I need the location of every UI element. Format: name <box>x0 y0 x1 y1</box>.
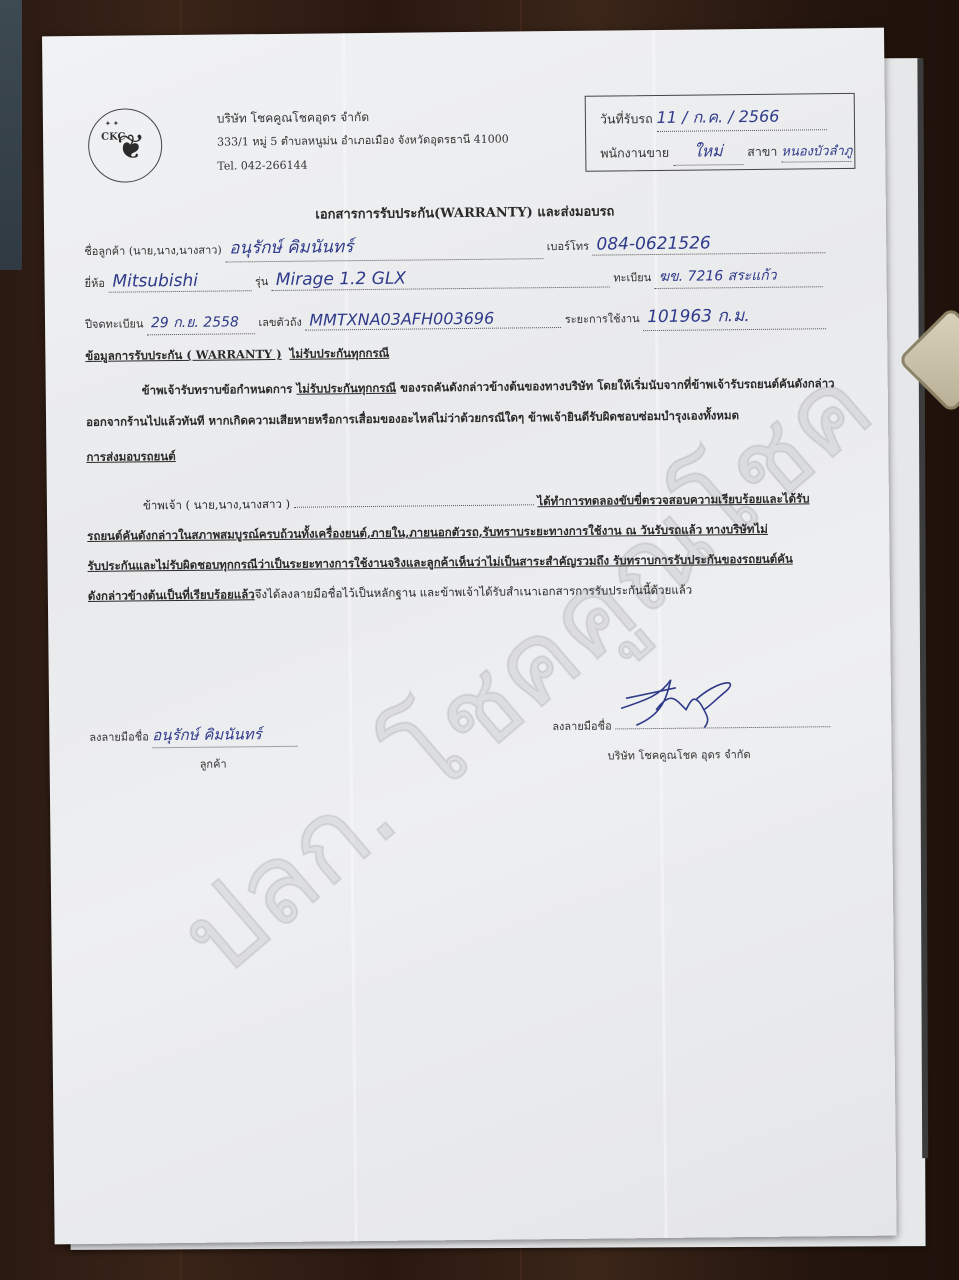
receipt-date-value: 11 / ก.ค. / 2566 <box>657 104 827 132</box>
chassis-value: MMTXNA03AFH003696 <box>305 308 561 331</box>
plate-value: ฆข. 7216 สระแก้ว <box>655 264 823 289</box>
mileage-label: ระยะการใช้งาน <box>565 312 640 326</box>
branch-label: สาขา <box>747 144 777 159</box>
salesperson-row: พนักงานขาย ใหม่ สาขา หนองบัวลำภู <box>600 138 851 167</box>
delivery-line1-pre: ข้าพเจ้า ( นาย,นาง,นางสาว ) <box>143 497 290 513</box>
customer-name-row: ชื่อลูกค้า (นาย,นาง,นางสาว) อนุรักษ์ คิม… <box>84 228 846 264</box>
company-signature-icon <box>616 669 747 730</box>
customer-name-label: ชื่อลูกค้า (นาย,นาง,นางสาว) <box>84 244 222 258</box>
branch-value: หนองบัวลำภู <box>781 140 851 163</box>
warranty-document: ปลก. โชคคูณโชค ✦ ✦ CKC ❦ บริษัท โชคคูณโช… <box>42 28 897 1245</box>
warranty-para-pre: ข้าพเจ้ารับทราบข้อกำหนดการ <box>142 382 293 398</box>
background-fabric <box>0 0 22 270</box>
plate-label: ทะเบียน <box>613 271 651 284</box>
chassis-label: เลขตัวถัง <box>258 316 302 329</box>
delivery-line4-underlined: ดังกล่าวข้างต้นเป็นที่เรียบร้อยแล้ว <box>88 587 255 603</box>
company-signature-label: ลงลายมือชื่อ <box>552 719 612 733</box>
company-address: 333/1 หมู่ 5 ตำบลหนูม่น อำเภอเมือง จังหว… <box>217 134 509 148</box>
warranty-heading: ข้อมูลการรับประกัน ( WARRANTY ) ไม่รับปร… <box>85 345 389 366</box>
warranty-para-underlined: ไม่รับประกันทุกกรณี <box>296 381 396 396</box>
brand-value: Mitsubishi <box>108 270 251 292</box>
company-info: บริษัท โชคคูณโชคอุดร จำกัด 333/1 หมู่ 5 … <box>217 110 509 172</box>
delivery-paragraph: ข้าพเจ้า ( นาย,นาง,นางสาว ) ได้ทำการทดลอ… <box>87 483 852 611</box>
salesperson-value: ใหม่ <box>673 139 743 166</box>
salesperson-label: พนักงานขาย <box>600 145 669 161</box>
phone-label: เบอร์โทร <box>547 240 589 253</box>
registration-row: ปีจดทะเบียน 29 ก.ย. 2558 เลขตัวถัง MMTXN… <box>85 301 847 337</box>
warranty-heading-note: ไม่รับประกันทุกกรณี <box>290 346 390 361</box>
warranty-heading-text: ข้อมูลการรับประกัน ( WARRANTY ) <box>85 347 281 363</box>
company-phone: Tel. 042-266144 <box>217 158 509 172</box>
delivery-line4-post: จึงได้ลงลายมือชื่อไว้เป็นหลักฐาน และข้าพ… <box>255 583 693 602</box>
brand-label: ยี่ห้อ <box>85 277 105 290</box>
reg-year-value: 29 ก.ย. 2558 <box>147 311 255 335</box>
customer-signature-value: อนุรักษ์ คิมนันทร์ <box>152 722 297 749</box>
delivery-heading: การส่งมอบรถยนต์ <box>86 448 175 467</box>
company-logo: ✦ ✦ CKC ❦ <box>88 108 163 183</box>
warranty-paragraph: ข้าพเจ้ารับทราบข้อกำหนดการ ไม่รับประกันท… <box>86 368 849 438</box>
sheet-edge <box>917 58 928 1158</box>
receipt-info-box: วันที่รับรถ 11 / ก.ค. / 2566 พนักงานขาย … <box>585 93 856 172</box>
logo-text: CKC <box>101 132 125 143</box>
phone-value: 084-0621526 <box>592 232 825 255</box>
vehicle-row: ยี่ห้อ Mitsubishi รุ่น Mirage 1.2 GLX ทะ… <box>84 264 846 295</box>
receipt-date-row: วันที่รับรถ 11 / ก.ค. / 2566 <box>600 104 827 132</box>
customer-signature-row: ลงลายมือชื่อ อนุรักษ์ คิมนันทร์ <box>89 722 297 749</box>
customer-signature-label: ลงลายมือชื่อ <box>89 730 149 744</box>
reg-year-label: ปีจดทะเบียน <box>85 317 144 331</box>
document-title: เอกสารการรับประกัน(WARRANTY) และส่งมอบรถ <box>44 198 886 228</box>
stars-icon: ✦ ✦ <box>105 120 119 128</box>
company-name: บริษัท โชคคูณโชคอุดร จำกัด <box>217 110 509 125</box>
mileage-value: 101963 ก.ม. <box>643 301 826 331</box>
model-label: รุ่น <box>255 275 269 288</box>
delivery-line1-post: ได้ทำการทดลองขับขี่ตรวจสอบความเรียบร้อยแ… <box>537 491 809 508</box>
customer-role: ลูกค้า <box>200 755 227 773</box>
delivery-name-blank <box>294 504 534 508</box>
customer-name-value: อนุรักษ์ คิมนันทร์ <box>225 231 543 262</box>
model-value: Mirage 1.2 GLX <box>272 266 610 291</box>
company-role: บริษัท โชคคูณโชค อุดร จำกัด <box>607 745 750 764</box>
receipt-date-label: วันที่รับรถ <box>600 111 653 127</box>
